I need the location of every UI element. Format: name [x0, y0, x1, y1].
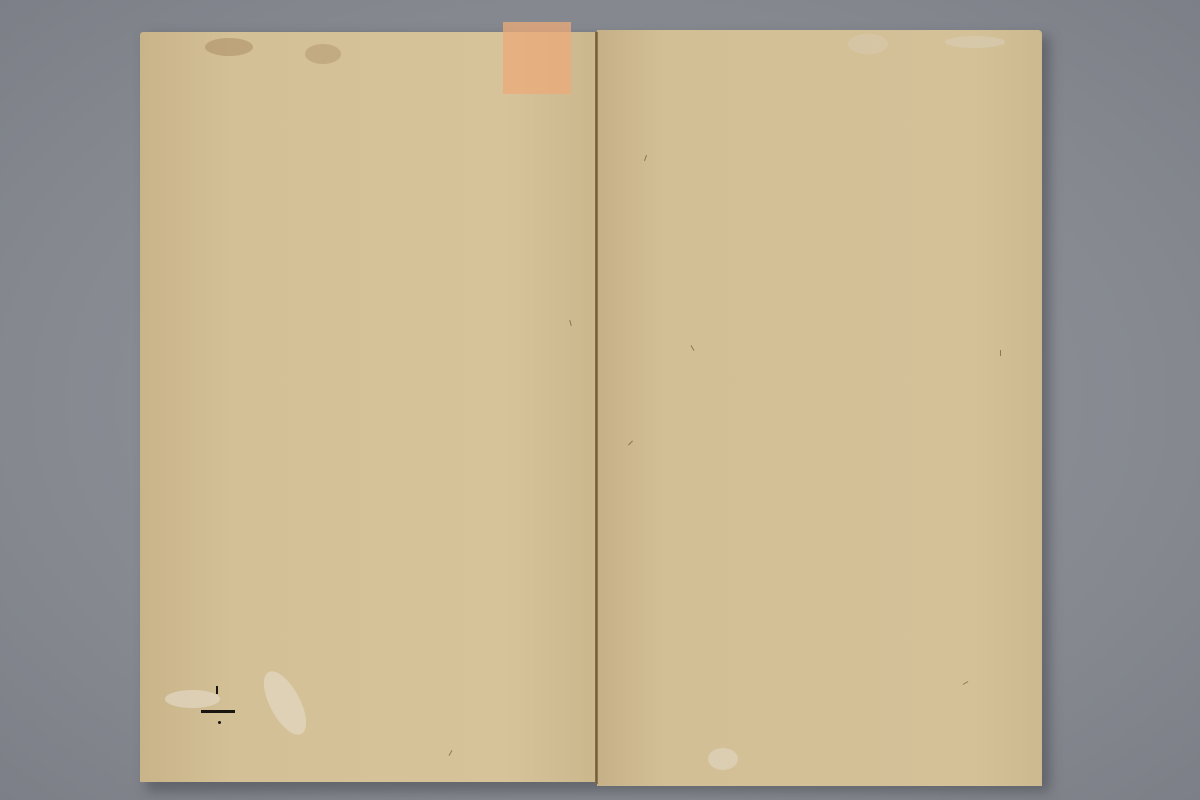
book-spine — [595, 32, 598, 784]
paper-stain — [165, 690, 220, 708]
ink-mark — [218, 721, 221, 724]
ink-mark — [201, 710, 235, 713]
paper-stain — [945, 36, 1005, 48]
left-page — [140, 32, 598, 782]
ink-mark — [216, 686, 218, 694]
right-page — [597, 30, 1042, 786]
paper-stain — [205, 38, 253, 56]
paper-stain — [848, 34, 888, 54]
orange-page-tab — [503, 22, 571, 94]
paper-stain — [708, 748, 738, 770]
paper-stain — [305, 44, 341, 64]
paper-fleck — [1000, 350, 1001, 356]
